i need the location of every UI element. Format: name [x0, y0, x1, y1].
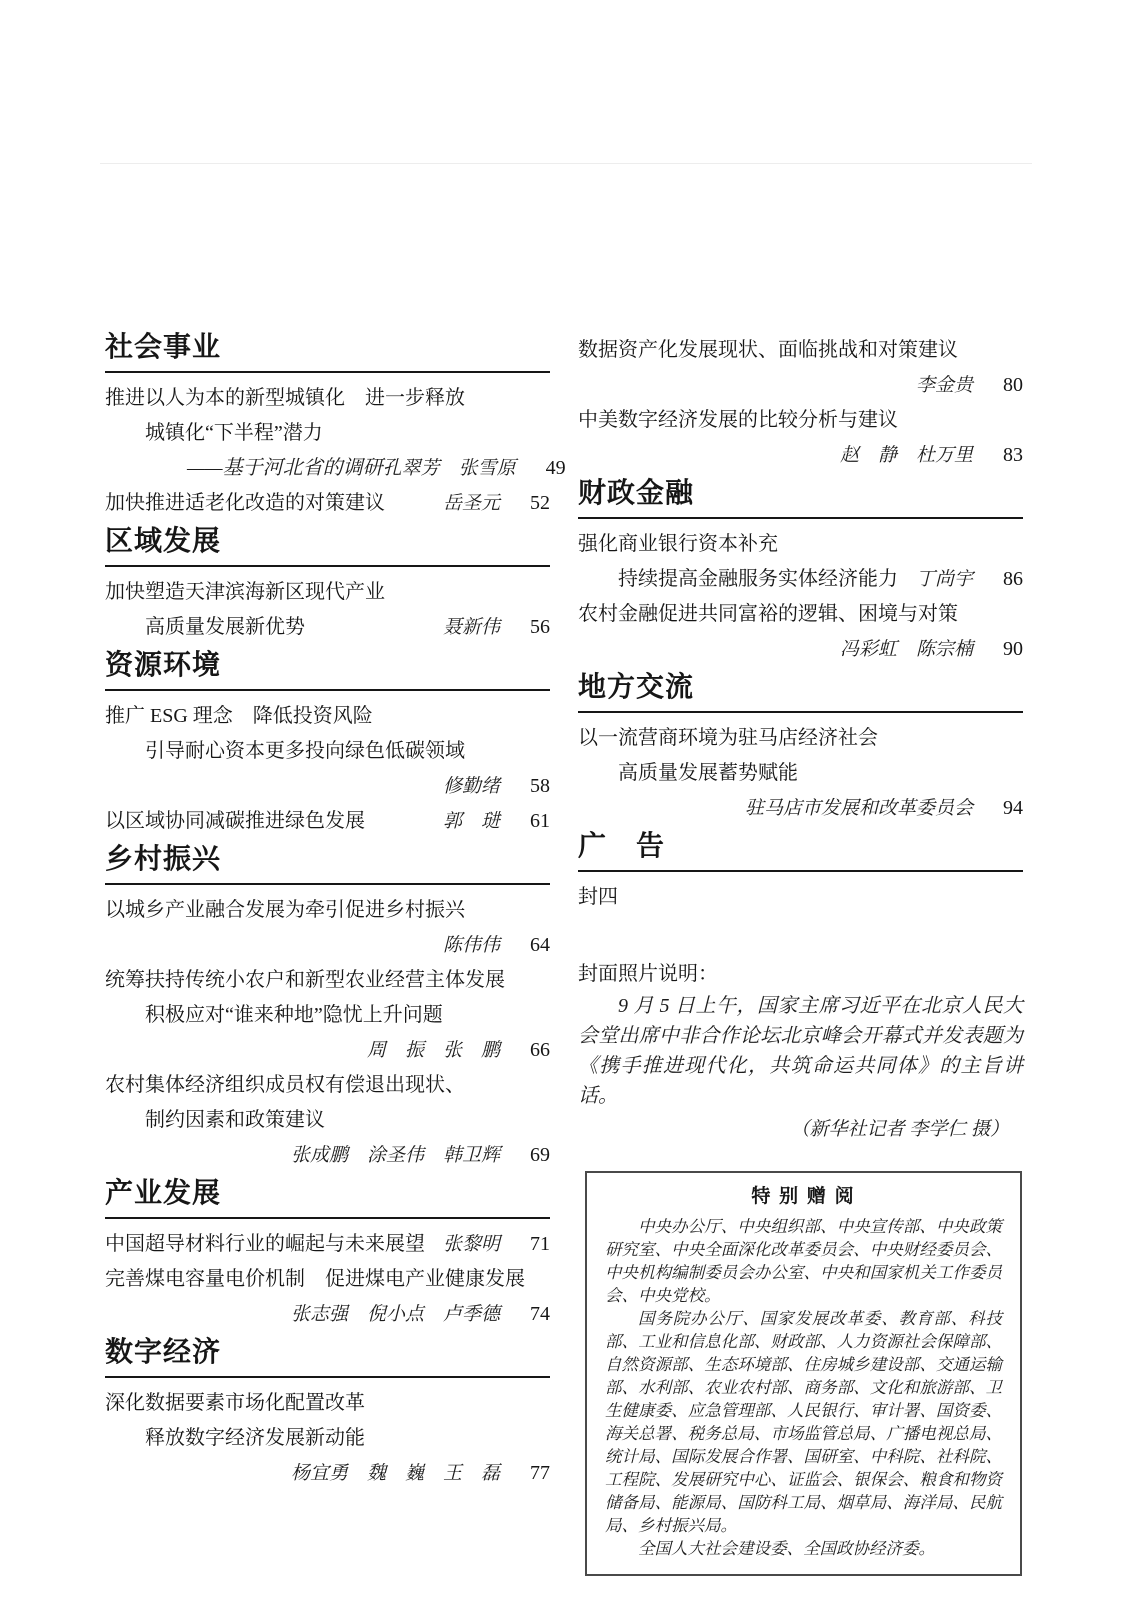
toc-line: 驻马店市发展和改革委员会94 — [578, 791, 1023, 826]
article-title: 中国超导材料行业的崛起与未来展望 — [105, 1227, 425, 1262]
toc-line: 推进以人为本的新型城镇化 进一步释放 — [105, 381, 550, 416]
article-title: 农村集体经济组织成员权有偿退出现状、 — [105, 1068, 465, 1103]
special-box-paragraph: 全国人大社会建设委、全国政协经济委。 — [605, 1537, 1002, 1560]
toc-line: 完善煤电容量电价机制 促进煤电产业健康发展 — [105, 1262, 550, 1297]
page-number: 94 — [989, 791, 1023, 826]
toc-entry: 数据资产化发展现状、面临挑战和对策建议李金贵80 — [578, 333, 1023, 403]
cover-note-body: 9 月 5 日上午，国家主席习近平在北京人民大会堂出席中非合作论坛北京峰会开幕式… — [578, 991, 1023, 1111]
article-authors: 周 振 张 鹏 — [367, 1033, 500, 1068]
article-title: 高质量发展新优势 — [105, 610, 305, 645]
article-title: 数据资产化发展现状、面临挑战和对策建议 — [578, 333, 958, 368]
section-heading: 产业发展 — [105, 1179, 550, 1219]
section-heading: 数字经济 — [105, 1338, 550, 1378]
section-heading: 广 告 — [578, 832, 1023, 872]
cover-note-credit: （新华社记者 李学仁 摄） — [578, 1115, 1023, 1145]
toc-line: 数据资产化发展现状、面临挑战和对策建议 — [578, 333, 1023, 368]
toc-entry: 统筹扶持传统小农户和新型农业经营主体发展积极应对“谁来种地”隐忧上升问题周 振 … — [105, 963, 550, 1068]
toc-line: 统筹扶持传统小农户和新型农业经营主体发展 — [105, 963, 550, 998]
toc-line: 张成鹏 涂圣伟 韩卫辉69 — [105, 1138, 550, 1173]
article-title: 中美数字经济发展的比较分析与建议 — [578, 403, 898, 438]
toc-entry: 中美数字经济发展的比较分析与建议赵 静 杜万里83 — [578, 403, 1023, 473]
toc-entry: 农村金融促进共同富裕的逻辑、困境与对策冯彩虹 陈宗楠90 — [578, 597, 1023, 667]
toc-line: 积极应对“谁来种地”隐忧上升问题 — [105, 998, 550, 1033]
toc-entry: 深化数据要素市场化配置改革释放数字经济发展新动能杨宜勇 魏 巍 王 磊77 — [105, 1386, 550, 1491]
cover-note-label: 封面照片说明： — [578, 959, 1023, 989]
article-authors: 驻马店市发展和改革委员会 — [745, 791, 973, 826]
toc-column-left: 社会事业推进以人为本的新型城镇化 进一步释放城镇化“下半程”潜力——基于河北省的… — [105, 333, 550, 1491]
article-title: 积极应对“谁来种地”隐忧上升问题 — [105, 998, 443, 1033]
section-heading: 社会事业 — [105, 333, 550, 373]
article-title: 持续提高金融服务实体经济能力 — [578, 562, 898, 597]
toc-column-right: 数据资产化发展现状、面临挑战和对策建议李金贵80中美数字经济发展的比较分析与建议… — [578, 333, 1023, 1576]
toc-line: 加快塑造天津滨海新区现代产业 — [105, 575, 550, 610]
toc-line: 释放数字经济发展新动能 — [105, 1421, 550, 1456]
article-title: 加快塑造天津滨海新区现代产业 — [105, 575, 385, 610]
toc-right-sections: 数据资产化发展现状、面临挑战和对策建议李金贵80中美数字经济发展的比较分析与建议… — [578, 333, 1023, 915]
article-title: 以区域协同减碳推进绿色发展 — [105, 804, 365, 839]
page-number: 71 — [516, 1227, 550, 1262]
toc-line: 中美数字经济发展的比较分析与建议 — [578, 403, 1023, 438]
article-title: 推进以人为本的新型城镇化 进一步释放 — [105, 381, 465, 416]
article-title: 制约因素和政策建议 — [105, 1103, 325, 1138]
special-box-paragraph: 国务院办公厅、国家发展改革委、教育部、科技部、工业和信息化部、财政部、人力资源社… — [605, 1307, 1002, 1537]
article-authors: 赵 静 杜万里 — [840, 438, 973, 473]
article-authors: 李金贵 — [916, 368, 973, 403]
toc-entry: 加快推进适老化改造的对策建议岳圣元52 — [105, 486, 550, 521]
toc-line: 陈伟伟64 — [105, 928, 550, 963]
toc-line: 引导耐心资本更多投向绿色低碳领域 — [105, 734, 550, 769]
toc-entry: 加快塑造天津滨海新区现代产业高质量发展新优势聂新伟56 — [105, 575, 550, 645]
toc-entry: 以区域协同减碳推进绿色发展郭 琎61 — [105, 804, 550, 839]
toc-line: 持续提高金融服务实体经济能力丁尚宇86 — [578, 562, 1023, 597]
toc-page: 社会事业推进以人为本的新型城镇化 进一步释放城镇化“下半程”潜力——基于河北省的… — [0, 0, 1130, 1600]
page-number: 52 — [516, 486, 550, 521]
toc-section: 财政金融强化商业银行资本补充持续提高金融服务实体经济能力丁尚宇86农村金融促进共… — [578, 479, 1023, 667]
article-authors: 郭 琎 — [443, 804, 500, 839]
page-number: 77 — [516, 1456, 550, 1491]
toc-entry: 封四 — [578, 880, 1023, 915]
article-authors: 冯彩虹 陈宗楠 — [840, 632, 973, 667]
toc-section: 数字经济深化数据要素市场化配置改革释放数字经济发展新动能杨宜勇 魏 巍 王 磊7… — [105, 1338, 550, 1491]
page-number: 74 — [516, 1297, 550, 1332]
toc-entry: 强化商业银行资本补充持续提高金融服务实体经济能力丁尚宇86 — [578, 527, 1023, 597]
article-authors: 张志强 倪小点 卢季德 — [291, 1297, 500, 1332]
toc-line: 加快推进适老化改造的对策建议岳圣元52 — [105, 486, 550, 521]
toc-line: 推广 ESG 理念 降低投资风险 — [105, 699, 550, 734]
page-number: 58 — [516, 769, 550, 804]
toc-entry: 推广 ESG 理念 降低投资风险引导耐心资本更多投向绿色低碳领域修勤绪58 — [105, 699, 550, 804]
article-title: 完善煤电容量电价机制 促进煤电产业健康发展 — [105, 1262, 525, 1297]
article-title: 封四 — [578, 880, 618, 915]
toc-section: 区域发展加快塑造天津滨海新区现代产业高质量发展新优势聂新伟56 — [105, 527, 550, 645]
article-authors: 丁尚宇 — [916, 562, 973, 597]
toc-line: 封四 — [578, 880, 1023, 915]
page-number: 61 — [516, 804, 550, 839]
article-title: 统筹扶持传统小农户和新型农业经营主体发展 — [105, 963, 505, 998]
special-box-paragraph: 中央办公厅、中央组织部、中央宣传部、中央政策研究室、中央全面深化改革委员会、中央… — [605, 1215, 1002, 1307]
toc-line: 杨宜勇 魏 巍 王 磊77 — [105, 1456, 550, 1491]
page-crease-line — [100, 163, 1032, 164]
toc-line: 张志强 倪小点 卢季德74 — [105, 1297, 550, 1332]
page-number: 86 — [989, 562, 1023, 597]
toc-line: 制约因素和政策建议 — [105, 1103, 550, 1138]
toc-line: 高质量发展蓄势赋能 — [578, 756, 1023, 791]
page-number: 56 — [516, 610, 550, 645]
article-title: 深化数据要素市场化配置改革 — [105, 1386, 365, 1421]
article-title: 引导耐心资本更多投向绿色低碳领域 — [105, 734, 465, 769]
special-box-paragraphs: 中央办公厅、中央组织部、中央宣传部、中央政策研究室、中央全面深化改革委员会、中央… — [605, 1215, 1002, 1560]
section-heading: 财政金融 — [578, 479, 1023, 519]
article-authors: 杨宜勇 魏 巍 王 磊 — [291, 1456, 500, 1491]
toc-entry: 以一流营商环境为驻马店经济社会高质量发展蓄势赋能驻马店市发展和改革委员会94 — [578, 721, 1023, 826]
article-title: 农村金融促进共同富裕的逻辑、困境与对策 — [578, 597, 958, 632]
toc-line: 深化数据要素市场化配置改革 — [105, 1386, 550, 1421]
toc-line: 中国超导材料行业的崛起与未来展望张黎明71 — [105, 1227, 550, 1262]
article-authors: 聂新伟 — [443, 610, 500, 645]
page-number: 90 — [989, 632, 1023, 667]
toc-line: 以一流营商环境为驻马店经济社会 — [578, 721, 1023, 756]
article-authors: 张黎明 — [443, 1227, 500, 1262]
article-title: 加快推进适老化改造的对策建议 — [105, 486, 385, 521]
page-number: 49 — [532, 451, 566, 486]
toc-line: 以城乡产业融合发展为牵引促进乡村振兴 — [105, 893, 550, 928]
toc-section: 广 告封四 — [578, 832, 1023, 915]
article-title: 强化商业银行资本补充 — [578, 527, 778, 562]
toc-section: 产业发展中国超导材料行业的崛起与未来展望张黎明71完善煤电容量电价机制 促进煤电… — [105, 1179, 550, 1332]
toc-line: 高质量发展新优势聂新伟56 — [105, 610, 550, 645]
toc-line: ——基于河北省的调研孔翠芳 张雪原49 — [105, 451, 550, 486]
toc-line: 强化商业银行资本补充 — [578, 527, 1023, 562]
toc-entry: 农村集体经济组织成员权有偿退出现状、制约因素和政策建议张成鹏 涂圣伟 韩卫辉69 — [105, 1068, 550, 1173]
section-heading: 乡村振兴 — [105, 845, 550, 885]
cover-photo-note: 封面照片说明： 9 月 5 日上午，国家主席习近平在北京人民大会堂出席中非合作论… — [578, 959, 1023, 1145]
section-heading: 资源环境 — [105, 651, 550, 691]
toc-line: 周 振 张 鹏66 — [105, 1033, 550, 1068]
article-authors: 孔翠芳 张雪原 — [383, 451, 516, 486]
toc-line: 以区域协同减碳推进绿色发展郭 琎61 — [105, 804, 550, 839]
toc-line: 李金贵80 — [578, 368, 1023, 403]
section-heading: 地方交流 — [578, 673, 1023, 713]
toc-entry: 推进以人为本的新型城镇化 进一步释放城镇化“下半程”潜力——基于河北省的调研孔翠… — [105, 381, 550, 486]
page-number: 83 — [989, 438, 1023, 473]
toc-section: 资源环境推广 ESG 理念 降低投资风险引导耐心资本更多投向绿色低碳领域修勤绪5… — [105, 651, 550, 839]
toc-section: 地方交流以一流营商环境为驻马店经济社会高质量发展蓄势赋能驻马店市发展和改革委员会… — [578, 673, 1023, 826]
article-authors: 张成鹏 涂圣伟 韩卫辉 — [291, 1138, 500, 1173]
special-box-title: 特 别 赠 阅 — [605, 1185, 1002, 1209]
toc-line: 城镇化“下半程”潜力 — [105, 416, 550, 451]
toc-line: 农村金融促进共同富裕的逻辑、困境与对策 — [578, 597, 1023, 632]
page-number: 80 — [989, 368, 1023, 403]
article-title: 以城乡产业融合发展为牵引促进乡村振兴 — [105, 893, 465, 928]
page-number: 69 — [516, 1138, 550, 1173]
toc-section: 乡村振兴以城乡产业融合发展为牵引促进乡村振兴陈伟伟64统筹扶持传统小农户和新型农… — [105, 845, 550, 1173]
article-authors: 修勤绪 — [443, 769, 500, 804]
toc-section: 社会事业推进以人为本的新型城镇化 进一步释放城镇化“下半程”潜力——基于河北省的… — [105, 333, 550, 521]
article-title: 以一流营商环境为驻马店经济社会 — [578, 721, 878, 756]
article-title: 推广 ESG 理念 降低投资风险 — [105, 699, 373, 734]
toc-entry: 完善煤电容量电价机制 促进煤电产业健康发展张志强 倪小点 卢季德74 — [105, 1262, 550, 1332]
article-authors: 陈伟伟 — [443, 928, 500, 963]
section-heading: 区域发展 — [105, 527, 550, 567]
special-complimentary-box: 特 别 赠 阅 中央办公厅、中央组织部、中央宣传部、中央政策研究室、中央全面深化… — [585, 1171, 1022, 1576]
page-number: 66 — [516, 1033, 550, 1068]
toc-entry: 中国超导材料行业的崛起与未来展望张黎明71 — [105, 1227, 550, 1262]
toc-entry: 以城乡产业融合发展为牵引促进乡村振兴陈伟伟64 — [105, 893, 550, 963]
article-title: 城镇化“下半程”潜力 — [105, 416, 323, 451]
article-title: 释放数字经济发展新动能 — [105, 1421, 365, 1456]
toc-section: 数据资产化发展现状、面临挑战和对策建议李金贵80中美数字经济发展的比较分析与建议… — [578, 333, 1023, 473]
toc-line: 农村集体经济组织成员权有偿退出现状、 — [105, 1068, 550, 1103]
page-number: 64 — [516, 928, 550, 963]
article-title: ——基于河北省的调研 — [105, 451, 383, 486]
toc-line: 赵 静 杜万里83 — [578, 438, 1023, 473]
article-authors: 岳圣元 — [443, 486, 500, 521]
toc-line: 冯彩虹 陈宗楠90 — [578, 632, 1023, 667]
toc-line: 修勤绪58 — [105, 769, 550, 804]
article-title: 高质量发展蓄势赋能 — [578, 756, 798, 791]
